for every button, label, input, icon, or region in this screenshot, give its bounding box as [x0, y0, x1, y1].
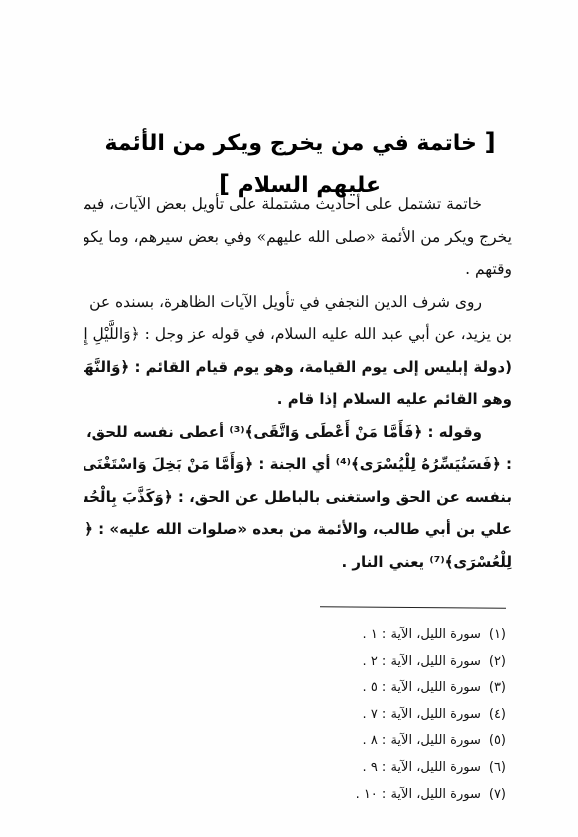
body-line: : ﴿فَسَنُيَسِّرُهُ لِلْيُسْرَى﴾⁽⁴⁾ أي ال…: [84, 448, 512, 481]
book-page: [ خاتمة في من يخرج ويكر من الأئمة عليهم …: [0, 0, 578, 837]
footnote-number: (٤): [489, 707, 506, 722]
footnote-divider: [320, 606, 506, 609]
footnote-item: (٥)سورة الليل، الآية : ٨ .: [266, 728, 506, 755]
footnote-text: سورة الليل، الآية : ٥ .: [363, 680, 481, 695]
body-line: يخرج ويكر من الأئمة «صلى الله عليهم» وفي…: [84, 221, 512, 254]
footnote-text: سورة الليل، الآية : ٧ .: [363, 707, 481, 722]
body-line: خاتمة تشتمل على أحاديث مشتملة على تأويل …: [84, 188, 512, 221]
title-open-bracket: [: [485, 128, 496, 156]
footnote-item: (١)سورة الليل، الآية : ١ .: [266, 622, 506, 649]
body-line: بن يزيد، عن أبي عبد الله عليه السلام، في…: [84, 318, 512, 351]
footnote-number: (٥): [489, 733, 506, 748]
footnote-number: (٦): [489, 760, 506, 775]
footnote-item: (٦)سورة الليل، الآية : ٩ .: [266, 755, 506, 782]
footnote-text: سورة الليل، الآية : ١٠ .: [356, 787, 481, 802]
footnote-number: (٢): [489, 654, 506, 669]
footnote-item: (٧)سورة الليل، الآية : ١٠ .: [266, 782, 506, 809]
footnote-item: (٢)سورة الليل، الآية : ٢ .: [266, 649, 506, 676]
footnote-number: (٧): [489, 787, 506, 802]
body-line: روى شرف الدين النجفي في تأويل الآيات الظ…: [84, 286, 512, 319]
footnote-text: سورة الليل، الآية : ١ .: [363, 627, 481, 642]
body-text: خاتمة تشتمل على أحاديث مشتملة على تأويل …: [84, 188, 512, 578]
body-line: علي بن أبي طالب، والأئمة من بعده «صلوات …: [84, 513, 512, 546]
body-line: وهو القائم عليه السلام إذا قام .: [84, 383, 512, 416]
footnote-text: سورة الليل، الآية : ٩ .: [363, 760, 481, 775]
body-line: بنفسه عن الحق واستغنى بالباطل عن الحق، :…: [84, 481, 512, 514]
footnote-item: (٤)سورة الليل، الآية : ٧ .: [266, 702, 506, 729]
footnote-text: سورة الليل، الآية : ٢ .: [363, 654, 481, 669]
body-line: (دولة إبليس إلى يوم القيامة، وهو يوم قيا…: [84, 351, 512, 384]
footnote-item: (٣)سورة الليل، الآية : ٥ .: [266, 675, 506, 702]
chapter-title: [ خاتمة في من يخرج ويكر من الأئمة عليهم …: [100, 122, 500, 162]
footnote-number: (٣): [489, 680, 506, 695]
body-line: وقتهم .: [84, 253, 512, 286]
body-line: لِلْعُسْرَى﴾⁽⁷⁾ يعني النار .: [84, 546, 512, 579]
footnotes: (١)سورة الليل، الآية : ١ . (٢)سورة الليل…: [266, 622, 506, 808]
body-line: وقوله : ﴿فَأَمَّا مَنْ أَعْطَى وَاتَّقَى…: [84, 416, 512, 449]
footnote-number: (١): [489, 627, 506, 642]
footnote-text: سورة الليل، الآية : ٨ .: [363, 733, 481, 748]
